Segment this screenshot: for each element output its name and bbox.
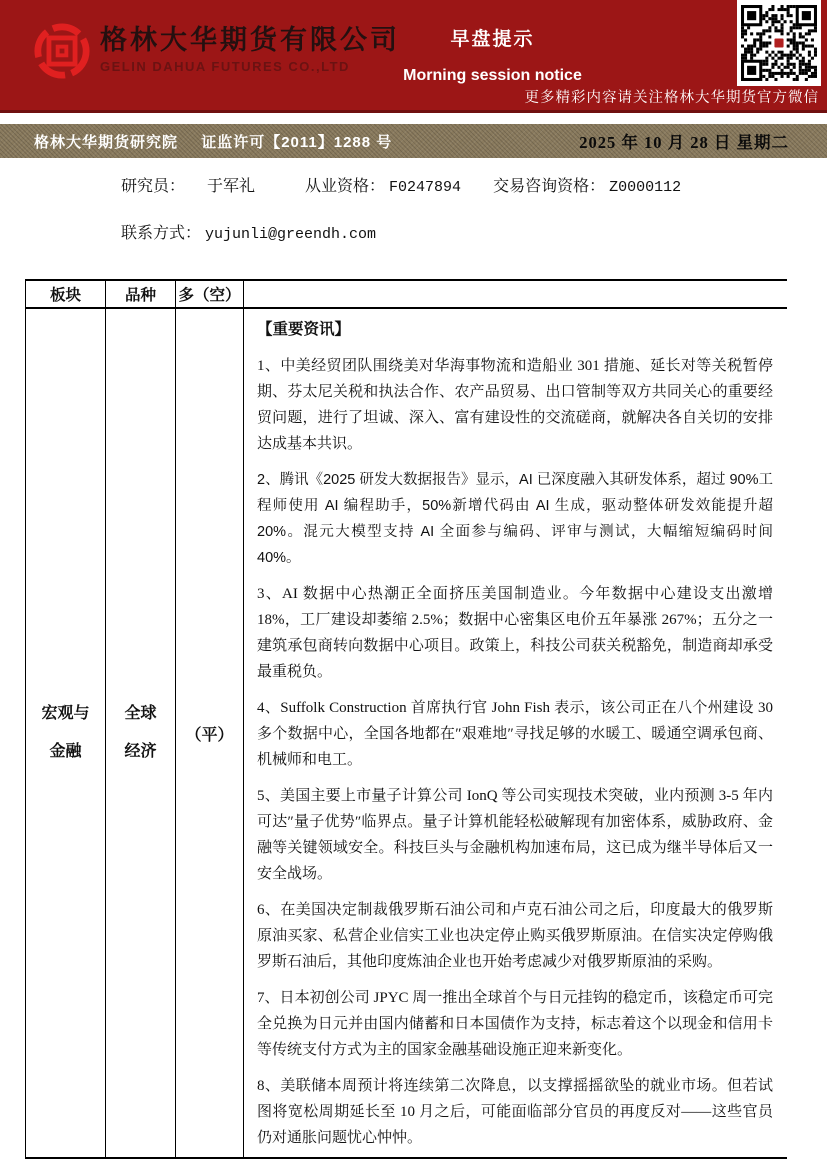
qr-code-svg [741, 4, 817, 82]
news-paragraph-6: 6、在美国决定制裁俄罗斯石油公司和卢克石油公司之后，印度最大的俄罗斯原油买家、私… [257, 897, 773, 975]
researcher-info: 研究员： 于军礼 从业资格： F0247894 交易咨询资格： Z0000112… [121, 175, 827, 247]
report-date: 2025 年 10 月 28 日 星期二 [579, 129, 789, 153]
content-table: 板块 品种 多（空） 宏观与 金融 全球 经济 （平） 【重要资讯】 1、中美经… [25, 279, 787, 1159]
sector-line-1: 宏观与 [27, 695, 104, 733]
contact-label: 联系方式： [121, 225, 201, 242]
qualification-label: 从业资格： [305, 178, 385, 195]
report-title-en: Morning session notice [385, 67, 600, 85]
company-name-block: 格林大华期货有限公司 GELIN DAHUA FUTURES CO.,LTD [100, 25, 400, 74]
news-paragraph-7: 7、日本初创公司 JPYC 周一推出全球首个与日元挂钩的稳定币，该稳定币可完全兑… [257, 985, 773, 1063]
header-position: 多（空） [176, 280, 244, 308]
section-title: 【重要资讯】 [257, 317, 773, 343]
header-variety: 品种 [106, 280, 176, 308]
news-paragraph-1: 1、中美经贸团队围绕美对华海事物流和造船业 301 措施、延长对等关税暂停期、芬… [257, 353, 773, 457]
variety-cell: 全球 经济 [106, 308, 176, 1158]
researcher-row-2: 联系方式： yujunli@greendh.com [121, 222, 827, 247]
company-name-cn: 格林大华期货有限公司 [100, 25, 400, 55]
qr-code [737, 0, 821, 86]
company-seal-icon [33, 22, 91, 80]
researcher-row-1: 研究员： 于军礼 从业资格： F0247894 交易咨询资格： Z0000112 [121, 175, 827, 200]
header-sector: 板块 [26, 280, 106, 308]
header-content [244, 280, 788, 308]
news-paragraph-8: 8、美联储本周预计将连续第二次降息，以支撑摇摇欲坠的就业市场。但若试图将宽松周期… [257, 1073, 773, 1151]
report-title-cn: 早盘提示 [385, 24, 600, 51]
license-number: 证监许可【2011】1288 号 [201, 134, 392, 151]
header-banner: 格林大华期货有限公司 GELIN DAHUA FUTURES CO.,LTD 早… [0, 0, 827, 113]
report-title-block: 早盘提示 Morning session notice [385, 24, 600, 85]
advisory-label: 交易咨询资格： [493, 178, 605, 195]
table-row: 宏观与 金融 全球 经济 （平） 【重要资讯】 1、中美经贸团队围绕美对华海事物… [26, 308, 788, 1158]
institute-license: 格林大华期货研究院 证监许可【2011】1288 号 [34, 131, 392, 152]
news-paragraph-3: 3、AI 数据中心热潮正全面挤压美国制造业。今年数据中心建设支出激增 18%，工… [257, 581, 773, 685]
variety-line-1: 全球 [107, 695, 174, 733]
qualification-code: F0247894 [389, 179, 461, 196]
position-cell: （平） [176, 308, 244, 1158]
company-name-en: GELIN DAHUA FUTURES CO.,LTD [100, 59, 400, 74]
news-paragraph-4: 4、Suffolk Construction 首席执行官 John Fish 表… [257, 695, 773, 773]
sector-line-2: 金融 [27, 733, 104, 771]
researcher-name: 于军礼 [207, 178, 255, 195]
news-paragraph-5: 5、美国主要上市量子计算公司 IonQ 等公司实现技术突破，业内预测 3-5 年… [257, 783, 773, 887]
table-header-row: 板块 品种 多（空） [26, 280, 788, 308]
advisory-code: Z0000112 [609, 179, 681, 196]
news-paragraph-2: 2、腾讯《2025 研发大数据报告》显示，AI 已深度融入其研发体系，超过 90… [257, 467, 773, 571]
variety-line-2: 经济 [107, 733, 174, 771]
sector-cell: 宏观与 金融 [26, 308, 106, 1158]
institute-name: 格林大华期货研究院 [34, 134, 178, 151]
news-paragraphs: 1、中美经贸团队围绕美对华海事物流和造船业 301 措施、延长对等关税暂停期、芬… [257, 353, 773, 1151]
news-cell: 【重要资讯】 1、中美经贸团队围绕美对华海事物流和造船业 301 措施、延长对等… [244, 308, 788, 1158]
contact-email: yujunli@greendh.com [205, 226, 376, 243]
wechat-follow-note: 更多精彩内容请关注格林大华期货官方微信 [525, 86, 820, 107]
researcher-role-label: 研究员： [121, 178, 185, 195]
info-bar: 格林大华期货研究院 证监许可【2011】1288 号 2025 年 10 月 2… [0, 124, 827, 158]
